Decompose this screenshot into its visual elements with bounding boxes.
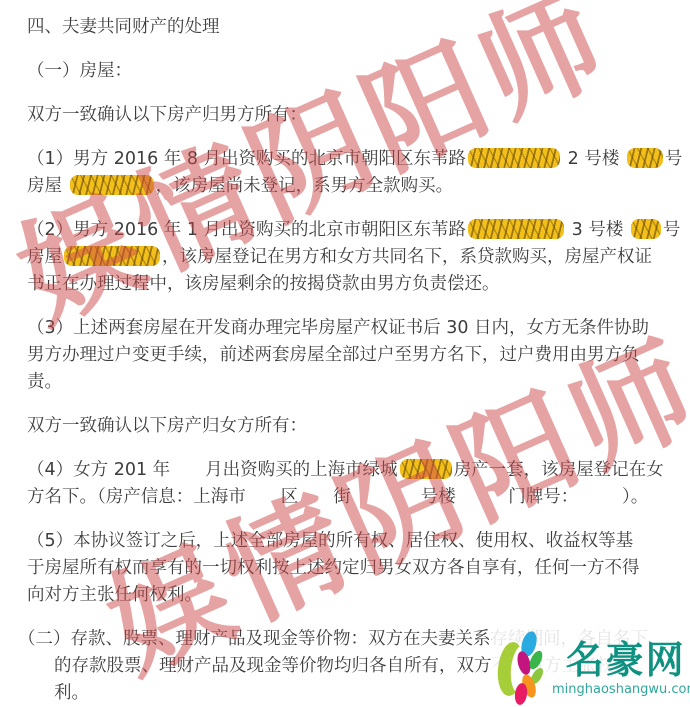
logo-domain: minghaoshangwu.com (552, 682, 690, 697)
text-segment: 双方一致确认以下房产归男方所有： (27, 105, 307, 125)
document-line: 书正在办理过程中，该房屋剩余的按揭贷款由男方负责偿还。 (27, 271, 690, 298)
paragraph: 双方一致确认以下房产归女方所有： (27, 413, 690, 440)
paragraph: （2）男方 2016 年 1 月出资购买的北京市朝阳区东苇路 3 号楼 号房屋，… (27, 217, 690, 298)
document-page: 四、夫妻共同财产的处理 （一）房屋：双方一致确认以下房产归男方所有：（1）男方 … (0, 0, 690, 707)
document-line: 方名下。（房产信息：上海市 区 街 号楼 门牌号： ）。 (27, 484, 690, 511)
text-segment: 男方办理过户变更手续，前述两套房屋全部过户至男方名下，过户费用由男方负 (27, 345, 640, 365)
paragraph: （1）男方 2016 年 8 月出资购买的北京市朝阳区东苇路 2 号楼 号房屋 … (27, 146, 690, 200)
text-segment: 号 (663, 220, 681, 240)
text-segment: 双方一致确认以下房产归女方所有： (27, 416, 307, 436)
document-line: （5）本协议签订之后，上述全部房屋的所有权、居住权、使用权、收益权等基 (27, 528, 690, 555)
document-line: 双方一致确认以下房产归女方所有： (27, 413, 690, 440)
text-segment: ，该房屋尚未登记，系男方全款购买。 (156, 176, 454, 196)
document-line: 房屋 ，该房屋尚未登记，系男方全款购买。 (27, 173, 690, 200)
paragraph: （4）女方 201 年 月出资购买的上海市绿城房产一套，该房屋登记在女方名下。（… (27, 457, 690, 511)
text-segment: 于房屋所有权而享有的一切权利按上述约定归男女双方各自享有，任何一方不得 (27, 558, 640, 578)
text-segment: 3 号楼 (566, 220, 629, 240)
paragraph: （5）本协议签订之后，上述全部房屋的所有权、居住权、使用权、收益权等基于房屋所有… (27, 528, 690, 609)
document-line: （1）男方 2016 年 8 月出资购买的北京市朝阳区东苇路 2 号楼 号 (27, 146, 690, 173)
minghao-logo: 名豪网 minghaoshangwu.com (492, 628, 690, 707)
document-line: （3）上述两套房屋在开发商办理完毕房屋产权证书后 30 日内，女方无条件协助 (27, 315, 690, 342)
text-segment: 2 号楼 (562, 149, 625, 169)
text-segment: 房产一套，该房屋登记在女 (454, 460, 664, 480)
yellow-redaction-scribble (468, 219, 564, 239)
document-body: 四、夫妻共同财产的处理 （一）房屋：双方一致确认以下房产归男方所有：（1）男方 … (0, 0, 690, 707)
text-segment: 责。 (27, 372, 62, 392)
document-line: （2）男方 2016 年 1 月出资购买的北京市朝阳区东苇路 3 号楼 号 (27, 217, 690, 244)
text-segment: 书正在办理过程中，该房屋剩余的按揭贷款由男方负责偿还。 (27, 274, 500, 294)
yellow-redaction-scribble (70, 175, 154, 195)
text-segment: （5）本协议签订之后，上述全部房屋的所有权、居住权、使用权、收益权等基 (27, 531, 633, 551)
text-segment: （一）房屋： (27, 61, 132, 81)
document-line: 责。 (27, 369, 690, 396)
text-segment: （2）男方 2016 年 1 月出资购买的北京市朝阳区东苇路 (27, 220, 466, 240)
document-line: 向对方主张任何权利。 (27, 582, 690, 609)
leaf-face-logo-icon (494, 631, 550, 705)
text-segment: 房屋 (27, 176, 68, 196)
text-segment: 房屋 (27, 247, 62, 267)
paragraph: （一）房屋： (27, 58, 690, 85)
yellow-redaction-scribble (631, 219, 661, 239)
document-line: 男方办理过户变更手续，前述两套房屋全部过户至男方名下，过户费用由男方负 (27, 342, 690, 369)
text-segment: ，该房屋登记在男方和女方共同名下，系贷款购买，房屋产权证 (162, 247, 652, 267)
document-line: （4）女方 201 年 月出资购买的上海市绿城房产一套，该房屋登记在女 (27, 457, 690, 484)
yellow-redaction-scribble (400, 459, 452, 479)
text-segment: 向对方主张任何权利。 (27, 585, 202, 605)
document-line: 双方一致确认以下房产归男方所有： (27, 102, 690, 129)
text-segment: 方名下。（房产信息：上海市 区 街 号楼 门牌号： ）。 (27, 487, 648, 507)
text-segment: 利。 (54, 683, 89, 703)
document-line: 房屋，该房屋登记在男方和女方共同名下，系贷款购买，房屋产权证 (27, 244, 690, 271)
yellow-redaction-scribble (64, 246, 160, 266)
yellow-redaction-scribble (627, 148, 663, 168)
text-segment: （1）男方 2016 年 8 月出资购买的北京市朝阳区东苇路 (27, 149, 466, 169)
document-line: 于房屋所有权而享有的一切权利按上述约定归男女双方各自享有，任何一方不得 (27, 555, 690, 582)
text-segment: 号 (665, 149, 683, 169)
yellow-redaction-scribble (468, 148, 560, 168)
section-heading: 四、夫妻共同财产的处理 (27, 14, 690, 41)
paragraph: 双方一致确认以下房产归男方所有： (27, 102, 690, 129)
logo-text-block: 名豪网 minghaoshangwu.com (552, 638, 690, 697)
document-line: （一）房屋： (27, 58, 690, 85)
text-segment: （4）女方 201 年 月出资购买的上海市绿城 (27, 460, 398, 480)
text-segment: （3）上述两套房屋在开发商办理完毕房屋产权证书后 30 日内，女方无条件协助 (27, 318, 649, 338)
paragraph: （3）上述两套房屋在开发商办理完毕房屋产权证书后 30 日内，女方无条件协助男方… (27, 315, 690, 396)
logo-title: 名豪网 (566, 638, 686, 682)
